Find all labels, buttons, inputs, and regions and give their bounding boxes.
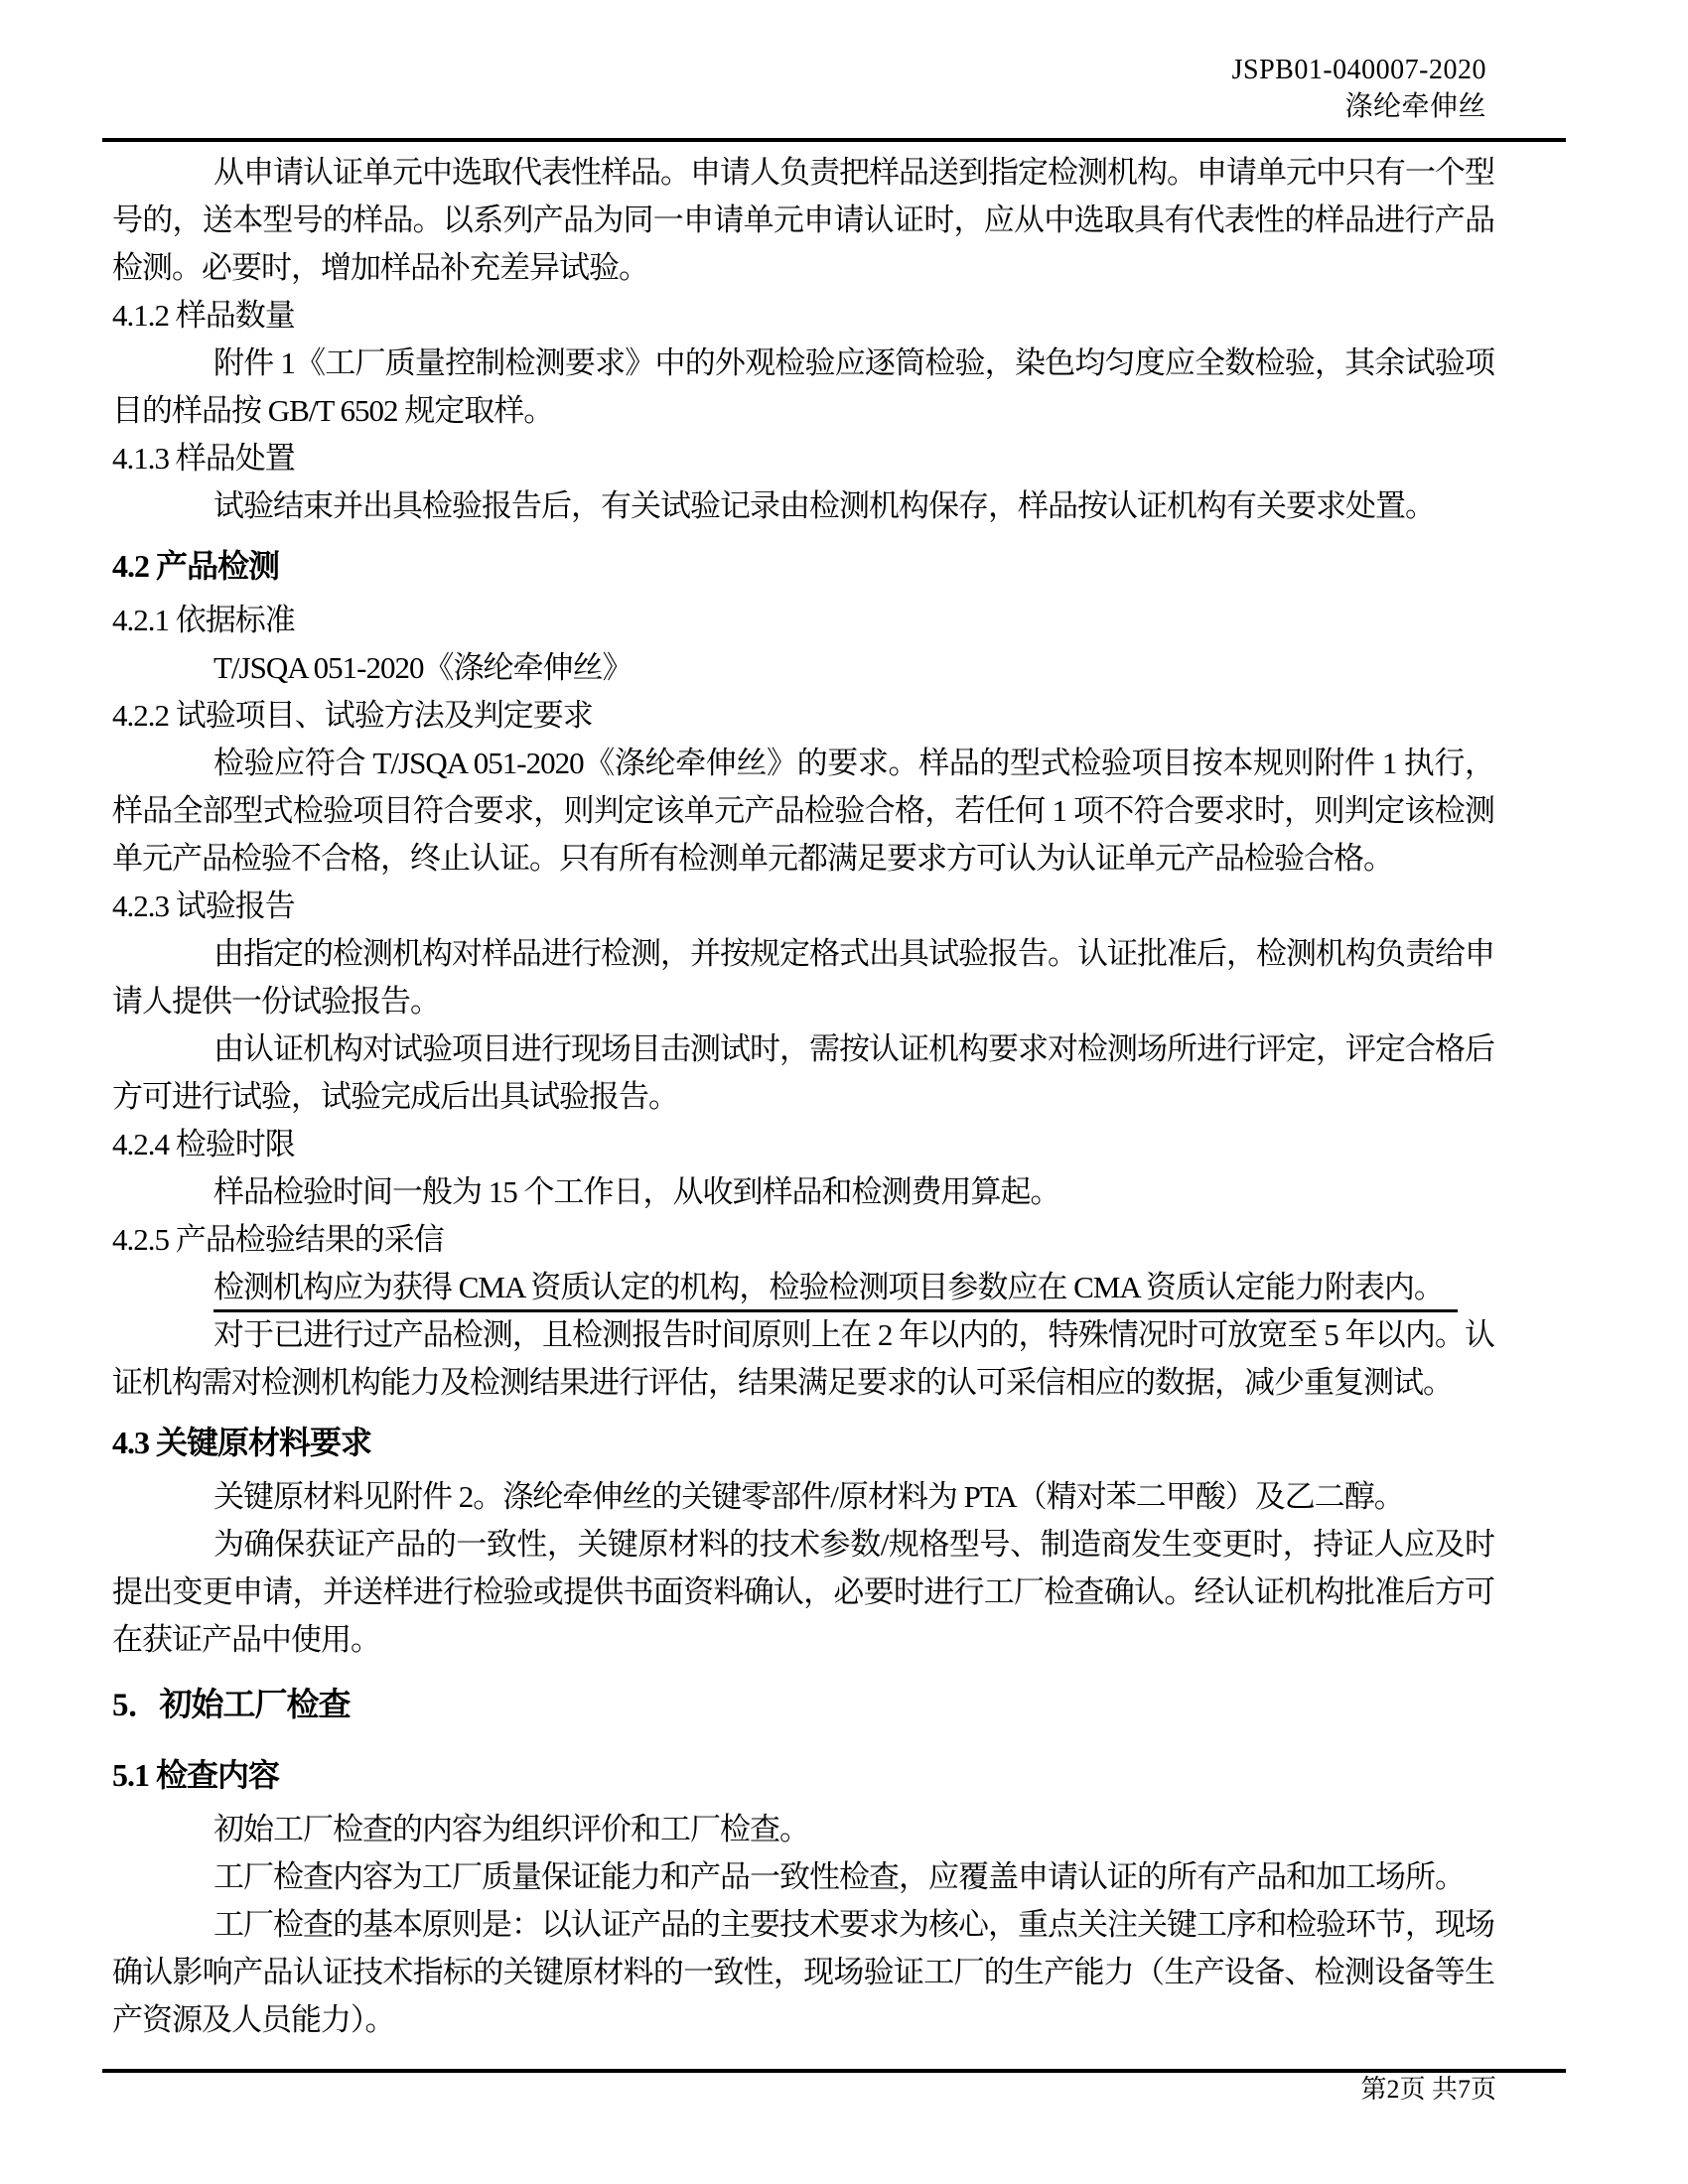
paragraph-test-items: 检验应符合 T/JSQA 051-2020《涤纶牵伸丝》的要求。样品的型式检验项…	[112, 740, 1494, 883]
heading-4-2-2-test-items: 4.2.2 试验项目、试验方法及判定要求	[112, 692, 1494, 740]
paragraph-key-raw-materials-1: 关键原材料见附件 2。涤纶牵伸丝的关键零部件/原材料为 PTA（精对苯二甲酸）及…	[112, 1473, 1494, 1521]
heading-4-1-2-sample-quantity: 4.1.2 样品数量	[112, 292, 1494, 340]
paragraph-sample-disposal: 试验结束并出具检验报告后，有关试验记录由检测机构保存，样品按认证机构有关要求处置…	[112, 482, 1494, 530]
heading-4-1-3-sample-disposal: 4.1.3 样品处置	[112, 435, 1494, 482]
page-header: JSPB01-040007-2020 涤纶牵伸丝	[1232, 52, 1486, 125]
heading-4-2-3-test-report: 4.2.3 试验报告	[112, 883, 1494, 930]
paragraph-test-report-1: 由指定的检测机构对样品进行检测，并按规定格式出具试验报告。认证批准后，检测机构负…	[112, 930, 1494, 1025]
paragraph-cma-requirement: 检测机构应为获得 CMA 资质认定的机构，检验检测项目参数应在 CMA 资质认定…	[112, 1264, 1494, 1311]
heading-4-2-5-result-acceptance: 4.2.5 产品检验结果的采信	[112, 1216, 1494, 1264]
paragraph-inspection-content-3: 工厂检查的基本原则是：以认证产品的主要技术要求为核心，重点关注关键工序和检验环节…	[112, 1901, 1494, 2044]
paragraph-inspection-content-1: 初始工厂检查的内容为组织评价和工厂检查。	[112, 1806, 1494, 1853]
paragraph-standard-reference: T/JSQA 051-2020《涤纶牵伸丝》	[112, 644, 1494, 692]
heading-4-3-key-raw-materials: 4.3 关键原材料要求	[112, 1419, 1494, 1466]
page-number: 第2页 共7页	[1360, 2073, 1496, 2107]
header-divider	[102, 138, 1566, 142]
paragraph-sample-quantity: 附件 1《工厂质量控制检测要求》中的外观检验应逐筒检验，染色均匀度应全数检验，其…	[112, 340, 1494, 435]
heading-4-2-4-test-time-limit: 4.2.4 检验时限	[112, 1121, 1494, 1168]
paragraph-test-time-limit: 样品检验时间一般为 15 个工作日，从收到样品和检测费用算起。	[112, 1168, 1494, 1216]
heading-4-2-product-testing: 4.2 产品检测	[112, 542, 1494, 590]
paragraph-key-raw-materials-2: 为确保获证产品的一致性，关键原材料的技术参数/规格型号、制造商发生变更时，持证人…	[112, 1521, 1494, 1664]
paragraph-inspection-content-2: 工厂检查内容为工厂质量保证能力和产品一致性检查，应覆盖申请认证的所有产品和加工场…	[112, 1853, 1494, 1901]
paragraph-result-acceptance: 对于已进行过产品检测，且检测报告时间原则上在 2 年以内的，特殊情况时可放宽至 …	[112, 1311, 1494, 1407]
document-page: JSPB01-040007-2020 涤纶牵伸丝 从申请认证单元中选取代表性样品…	[0, 0, 1688, 2184]
footer-divider	[102, 2069, 1566, 2073]
paragraph-sample-selection: 从申请认证单元中选取代表性样品。申请人负责把样品送到指定检测机构。申请单元中只有…	[112, 149, 1494, 292]
paragraph-test-report-2: 由认证机构对试验项目进行现场目击测试时，需按认证机构要求对检测场所进行评定，评定…	[112, 1025, 1494, 1121]
heading-4-2-1-standard-basis: 4.2.1 依据标准	[112, 597, 1494, 644]
header-doc-number: JSPB01-040007-2020	[1232, 52, 1486, 88]
header-product-name: 涤纶牵伸丝	[1232, 88, 1486, 125]
heading-5-1-inspection-content: 5.1 检查内容	[112, 1751, 1494, 1799]
document-body: 从申请认证单元中选取代表性样品。申请人负责把样品送到指定检测机构。申请单元中只有…	[112, 149, 1494, 2044]
heading-5-initial-factory-inspection: 5．初始工厂检查	[112, 1682, 1494, 1729]
underlined-cma-sentence: 检测机构应为获得 CMA 资质认定的机构，检验检测项目参数应在 CMA 资质认定…	[213, 1270, 1458, 1312]
